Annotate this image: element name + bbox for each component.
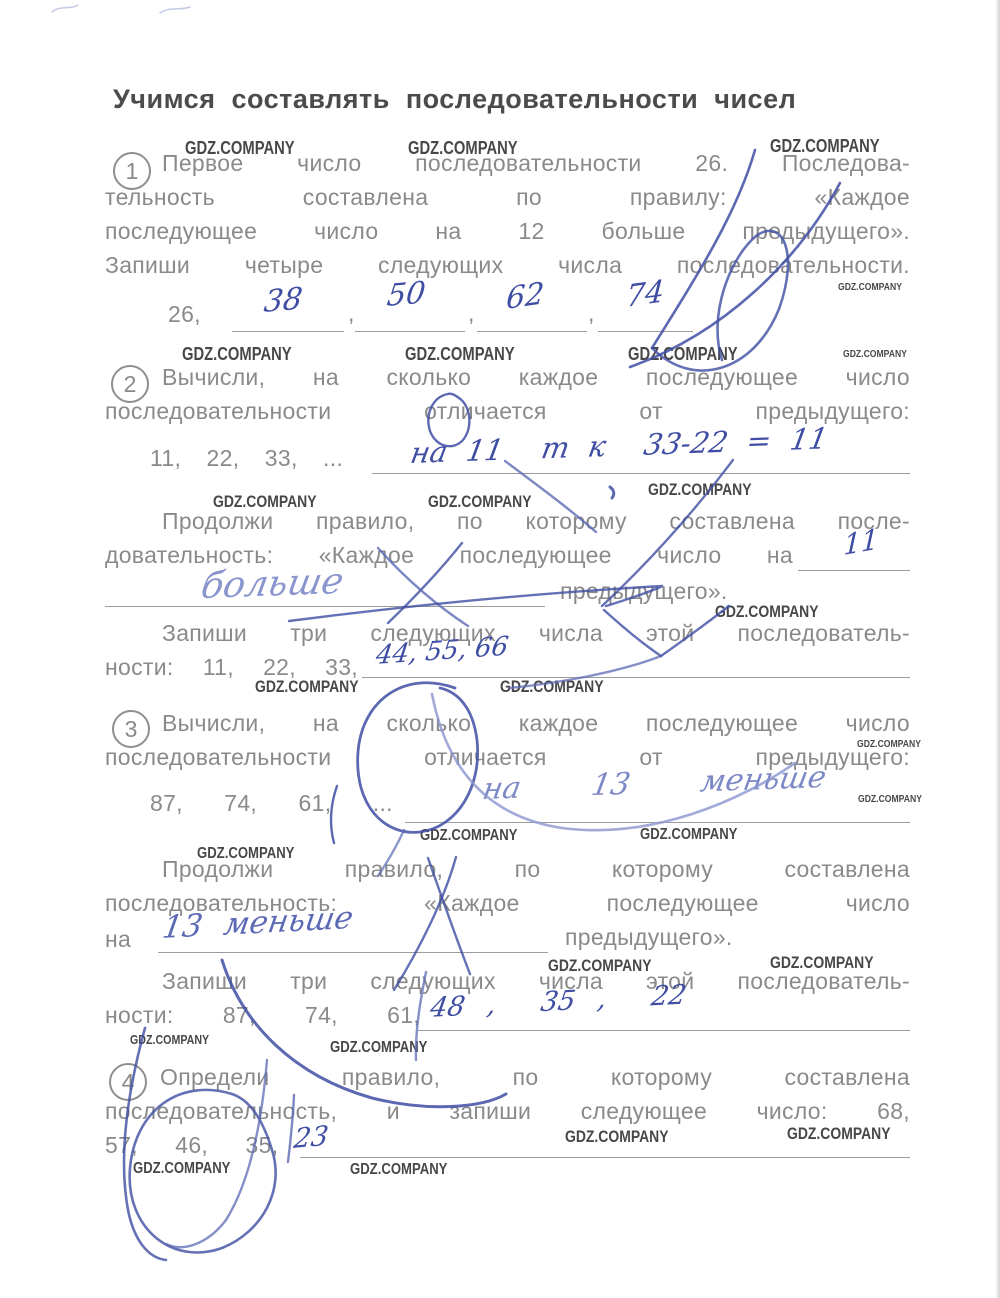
watermark: GDZ.COMPANY — [628, 344, 738, 365]
print-line: Вычисли, на сколько каждое последующее ч… — [162, 710, 910, 737]
blank-line — [418, 1030, 910, 1031]
watermark: GDZ.COMPANY — [548, 956, 652, 976]
print-line: Определи правило, по которому составлена — [160, 1064, 910, 1091]
watermark: GDZ.COMPANY — [500, 677, 604, 697]
workbook-page: Учимся составлять последовательности чис… — [0, 0, 1000, 1298]
handwritten-answer: 50 — [385, 275, 427, 314]
print-line: предыдущего». — [560, 578, 728, 605]
blank-line — [300, 1157, 910, 1158]
print-line: последующее число на 12 больше предыдуще… — [105, 218, 910, 245]
handwritten-answer: 74 — [625, 274, 665, 315]
handwritten-answer: на 11 т к 33-22 = 11 — [408, 421, 830, 470]
print-line: Вычисли, на сколько каждое последующее ч… — [162, 364, 910, 391]
blank-line — [405, 822, 910, 823]
handwritten-answer: 11 — [843, 522, 879, 562]
watermark: GDZ.COMPANY — [843, 348, 907, 360]
watermark: GDZ.COMPANY — [182, 344, 292, 365]
watermark: GDZ.COMPANY — [770, 136, 880, 157]
watermark: GDZ.COMPANY — [715, 602, 819, 622]
watermark: GDZ.COMPANY — [857, 738, 921, 750]
print-line: предыдущего». — [565, 924, 733, 951]
watermark: GDZ.COMPANY — [787, 1124, 891, 1144]
pen-stroke — [52, 5, 78, 12]
blank-line — [232, 331, 344, 332]
print-line: ности: 87, 74, 61, — [105, 1002, 420, 1029]
print-line: 87, 74, 61, ... — [150, 790, 393, 817]
print-line: , — [348, 300, 355, 327]
watermark: GDZ.COMPANY — [858, 793, 922, 805]
blank-line — [798, 570, 910, 571]
print-line: 26, — [168, 301, 201, 328]
watermark: GDZ.COMPANY — [213, 492, 317, 512]
blank-line — [477, 331, 587, 332]
handwritten-answer: 38 — [262, 281, 304, 320]
blank-line — [362, 677, 910, 678]
blank-line — [598, 331, 693, 332]
watermark: GDZ.COMPANY — [838, 281, 902, 293]
watermark: GDZ.COMPANY — [428, 492, 532, 512]
blank-line — [158, 952, 548, 953]
page-title: Учимся составлять последовательности чис… — [113, 84, 796, 115]
print-line: , — [588, 300, 595, 327]
pen-stroke — [652, 150, 755, 348]
print-line: на — [105, 926, 131, 953]
print-line: последовательности отличается от предыду… — [105, 398, 910, 425]
print-line: 57, 46, 35, — [105, 1132, 278, 1159]
handwritten-answer: 62 — [505, 276, 545, 317]
watermark: GDZ.COMPANY — [185, 138, 295, 159]
blank-line — [372, 473, 910, 474]
watermark: GDZ.COMPANY — [565, 1127, 669, 1147]
print-line: Запиши четыре следующих числа последоват… — [105, 252, 910, 279]
task-number: 3 — [112, 710, 150, 748]
print-line: 11, 22, 33, ... — [150, 445, 343, 472]
watermark: GDZ.COMPANY — [640, 826, 737, 844]
watermark: GDZ.COMPANY — [770, 953, 874, 973]
handwritten-answer: 23 — [292, 1121, 330, 1155]
watermark: GDZ.COMPANY — [405, 344, 515, 365]
task-number: 4 — [109, 1063, 147, 1101]
blank-line — [105, 606, 545, 607]
watermark: GDZ.COMPANY — [130, 1032, 209, 1047]
handwritten-answer: больше — [198, 561, 347, 607]
watermark: GDZ.COMPANY — [350, 1161, 447, 1179]
pen-stroke — [610, 487, 614, 498]
print-line: Запиши три следующих числа этой последов… — [162, 620, 910, 647]
blank-line — [355, 331, 465, 332]
watermark: GDZ.COMPANY — [255, 677, 359, 697]
scan-edge-shadow — [995, 0, 1000, 1298]
print-line: Продолжи правило, по которому составлена… — [162, 508, 910, 535]
watermark: GDZ.COMPANY — [133, 1160, 230, 1178]
watermark: GDZ.COMPANY — [408, 138, 518, 159]
watermark: GDZ.COMPANY — [197, 845, 294, 863]
watermark: GDZ.COMPANY — [330, 1039, 427, 1057]
watermark: GDZ.COMPANY — [648, 480, 752, 500]
pen-stroke — [160, 7, 190, 13]
print-line: последовательность, и запиши следующее ч… — [105, 1098, 910, 1125]
print-line: тельность составлена по правилу: «Каждое — [105, 184, 910, 211]
watermark: GDZ.COMPANY — [420, 827, 517, 845]
print-line: , — [468, 300, 475, 327]
